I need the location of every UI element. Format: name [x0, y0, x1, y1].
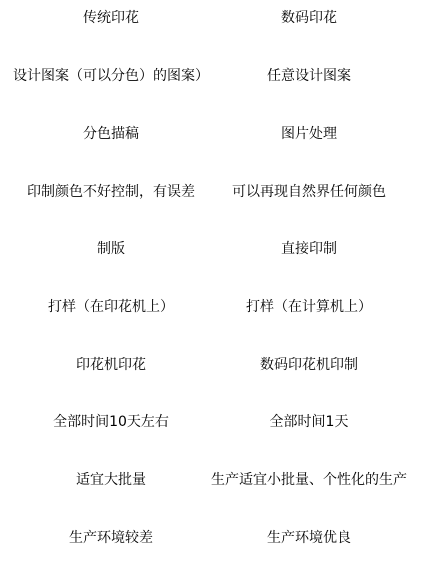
table-row: 印花机印花 数码印花机印制	[12, 336, 408, 394]
table-row: 全部时间10天左右 全部时间1天	[12, 394, 408, 452]
table-row: 印制颜色不好控制，有误差 可以再现自然界任何颜色	[12, 163, 408, 221]
cell-traditional-color-control: 印制颜色不好控制，有误差	[12, 163, 210, 221]
table-row: 分色描稿 图片处理	[12, 105, 408, 163]
cell-digital-total-time: 全部时间1天	[210, 394, 408, 452]
cell-digital-batch-size: 生产适宜小批量、个性化的生产	[210, 452, 408, 510]
cell-digital-proofing: 打样（在计算机上）	[210, 278, 408, 336]
cell-digital-image-processing: 图片处理	[210, 105, 408, 163]
cell-traditional-total-time: 全部时间10天左右	[12, 394, 210, 452]
cell-traditional-design: 设计图案（可以分色）的图案）	[12, 48, 210, 106]
header-digital-printing: 数码印花	[210, 0, 408, 48]
cell-digital-color-reproduction: 可以再现自然界任何颜色	[210, 163, 408, 221]
cell-traditional-separation: 分色描稿	[12, 105, 210, 163]
cell-traditional-plate-making: 制版	[12, 221, 210, 279]
cell-digital-environment: 生产环境优良	[210, 509, 408, 563]
cell-traditional-proofing: 打样（在印花机上）	[12, 278, 210, 336]
comparison-page: 传统印花 数码印花 设计图案（可以分色）的图案） 任意设计图案 分色描稿 图片处…	[0, 0, 424, 563]
cell-digital-design: 任意设计图案	[210, 48, 408, 106]
cell-digital-machine-printing: 数码印花机印制	[210, 336, 408, 394]
table-header-row: 传统印花 数码印花	[12, 0, 408, 48]
table-row: 设计图案（可以分色）的图案） 任意设计图案	[12, 48, 408, 106]
cell-digital-direct-print: 直接印制	[210, 221, 408, 279]
table-row: 制版 直接印制	[12, 221, 408, 279]
printing-comparison-table: 传统印花 数码印花 设计图案（可以分色）的图案） 任意设计图案 分色描稿 图片处…	[12, 0, 408, 563]
cell-traditional-environment: 生产环境较差	[12, 509, 210, 563]
cell-traditional-machine-printing: 印花机印花	[12, 336, 210, 394]
cell-traditional-batch-size: 适宜大批量	[12, 452, 210, 510]
table-row: 生产环境较差 生产环境优良	[12, 509, 408, 563]
table-row: 打样（在印花机上） 打样（在计算机上）	[12, 278, 408, 336]
table-row: 适宜大批量 生产适宜小批量、个性化的生产	[12, 452, 408, 510]
header-traditional-printing: 传统印花	[12, 0, 210, 48]
